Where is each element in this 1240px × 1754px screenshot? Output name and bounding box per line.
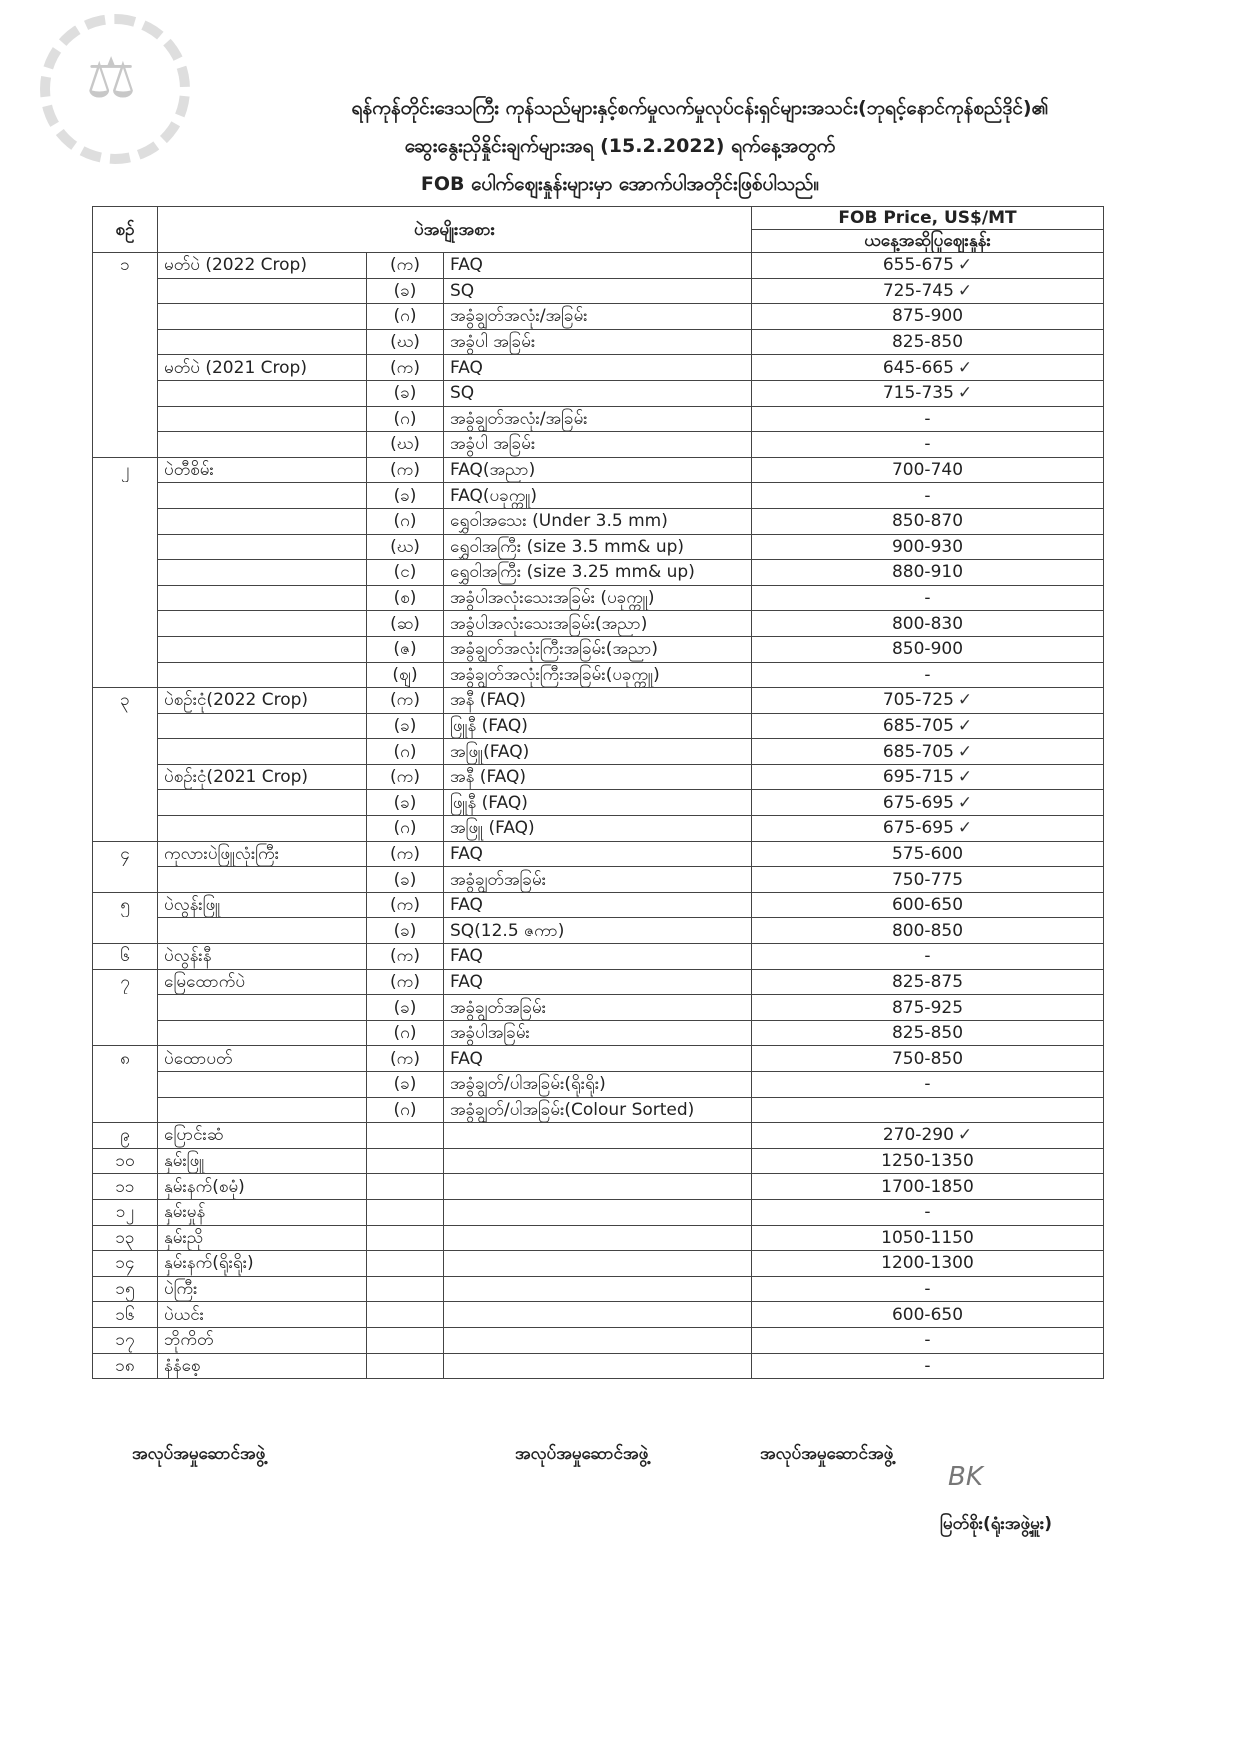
grade-code: (ဆ) (367, 611, 444, 637)
fob-price: - (752, 406, 1104, 432)
table-row: (ခ)SQ725-745✓ (93, 278, 1104, 304)
commodity-name: နှမ်းဖြူ (158, 1148, 367, 1174)
fob-price: - (752, 662, 1104, 688)
price-value: 575-600 (892, 844, 963, 864)
commodity-name: ပဲလွန်းနီ (158, 944, 367, 970)
grade-name: အခွံချွတ်အခြမ်း (444, 867, 752, 893)
price-value: 655-675 (883, 255, 954, 275)
grade-code: (ခ) (367, 995, 444, 1021)
commodity-name: ပဲထောပတ် (158, 1046, 367, 1072)
grade-name (444, 1276, 752, 1302)
grade-code: (ဂ) (367, 406, 444, 432)
fob-price: 600-650 (752, 892, 1104, 918)
row-number (93, 662, 158, 688)
grade-name: FAQ (444, 253, 752, 279)
price-value: 645-665 (883, 358, 954, 378)
row-number: ၁၇ (93, 1327, 158, 1353)
grade-name: ဖြူနီ (FAQ) (444, 790, 752, 816)
commodity-name (158, 611, 367, 637)
price-value: 695-715 (883, 767, 954, 787)
table-row: (င)ရွှေဝါအကြီး (size 3.25 mm& up)880-910 (93, 560, 1104, 586)
price-value: 1050-1150 (881, 1228, 974, 1248)
grade-name: အခွံပါ အခြမ်း (444, 329, 752, 355)
row-number (93, 713, 158, 739)
table-row: (ဂ)အခွံချွတ်အလုံး/အခြမ်း- (93, 406, 1104, 432)
grade-code: (ခ) (367, 1072, 444, 1098)
price-value: 800-850 (892, 921, 963, 941)
fob-price: 600-650 (752, 1302, 1104, 1328)
checkmark-icon: ✓ (958, 793, 972, 813)
price-value: 705-725 (883, 690, 954, 710)
commodity-name (158, 508, 367, 534)
commodity-name (158, 867, 367, 893)
fob-price: 875-925 (752, 995, 1104, 1021)
commodity-name: ပဲလွန်းဖြူ (158, 892, 367, 918)
table-row: ၂ပဲတီစိမ်း(က)FAQ(အညာ)700-740 (93, 457, 1104, 483)
price-value: - (924, 588, 930, 608)
grade-name: အခွံပါအလုံးသေးအခြမ်း(အညာ) (444, 611, 752, 637)
grade-code: (ဇ) (367, 636, 444, 662)
row-number (93, 534, 158, 560)
price-value: 750-775 (892, 870, 963, 890)
table-row: ၁မတ်ပဲ (2022 Crop)(က)FAQ655-675✓ (93, 253, 1104, 279)
grade-code: (ခ) (367, 867, 444, 893)
row-number (93, 1020, 158, 1046)
grade-code: (ဂ) (367, 1020, 444, 1046)
commodity-name: နှမ်းနက်(ရိုးရိုး) (158, 1251, 367, 1277)
grade-name: SQ(12.5 ဇကာ) (444, 918, 752, 944)
grade-name: ဖြူနီ (FAQ) (444, 713, 752, 739)
grade-name (444, 1199, 752, 1225)
fob-price: 705-725✓ (752, 688, 1104, 714)
row-number: ၁၃ (93, 1225, 158, 1251)
grade-name: ရွှေဝါအကြီး (size 3.25 mm& up) (444, 560, 752, 586)
table-row: ၁၇ဘိုကိတ်- (93, 1327, 1104, 1353)
row-number (93, 508, 158, 534)
grade-code: (ခ) (367, 790, 444, 816)
row-number: ၁၄ (93, 1251, 158, 1277)
grade-name: FAQ (444, 355, 752, 381)
commodity-name (158, 1072, 367, 1098)
row-number: ၃ (93, 688, 158, 714)
price-value: 1200-1300 (881, 1253, 974, 1273)
commodity-name: ပဲစဉ်းငုံ(2021 Crop) (158, 764, 367, 790)
fob-price: - (752, 483, 1104, 509)
grade-name: အခွံချွတ်အလုံးကြီးအခြမ်း(အညာ) (444, 636, 752, 662)
fob-price: - (752, 1353, 1104, 1379)
grade-name (444, 1174, 752, 1200)
commodity-name (158, 713, 367, 739)
row-number (93, 918, 158, 944)
fob-price: 1200-1300 (752, 1251, 1104, 1277)
row-number: ၄ (93, 841, 158, 867)
fob-price: 850-900 (752, 636, 1104, 662)
checkmark-icon: ✓ (958, 818, 972, 838)
commodity-name (158, 380, 367, 406)
row-number: ၁၆ (93, 1302, 158, 1328)
price-value: 675-695 (883, 793, 954, 813)
grade-code: (ဂ) (367, 739, 444, 765)
header-line-1: ရန်ကုန်တိုင်းဒေသကြီး ကုန်သည်များနှင့်စက်… (80, 96, 1240, 124)
commodity-name (158, 1020, 367, 1046)
price-value: 600-650 (892, 1305, 963, 1325)
price-value: - (924, 409, 930, 429)
price-value: 825-850 (892, 1023, 963, 1043)
grade-code: (ဃ) (367, 432, 444, 458)
fob-price: 800-830 (752, 611, 1104, 637)
grade-name: အခွံချွတ်အလုံး/အခြမ်း (444, 406, 752, 432)
commodity-name: နံနံစေ့ (158, 1353, 367, 1379)
commodity-name: ပြောင်းဆံ (158, 1123, 367, 1149)
fob-price: 750-850 (752, 1046, 1104, 1072)
table-row: ၄ကုလားပဲဖြူလုံးကြီး(က)FAQ575-600 (93, 841, 1104, 867)
table-row: (ဂ)အခွံပါအခြမ်း825-850 (93, 1020, 1104, 1046)
grade-name: အခွံချွတ်အခြမ်း (444, 995, 752, 1021)
table-row: (ခ)အခွံချွတ်/ပါအခြမ်း(ရိုးရိုး)- (93, 1072, 1104, 1098)
fob-price: 850-870 (752, 508, 1104, 534)
table-row: (ခ)SQ715-735✓ (93, 380, 1104, 406)
table-row: ပဲစဉ်းငုံ(2021 Crop)(က)အနီ (FAQ)695-715✓ (93, 764, 1104, 790)
price-value: 825-850 (892, 332, 963, 352)
commodity-name: နှမ်းမှုန် (158, 1199, 367, 1225)
fob-price: 875-900 (752, 304, 1104, 330)
commodity-name: ပဲယင်း (158, 1302, 367, 1328)
grade-code: (က) (367, 944, 444, 970)
table-row: (ခ)SQ(12.5 ဇကာ)800-850 (93, 918, 1104, 944)
price-value: 1700-1850 (881, 1177, 974, 1197)
grade-name: အဖြူ(FAQ) (444, 739, 752, 765)
fob-price: 655-675✓ (752, 253, 1104, 279)
grade-name: FAQ (444, 1046, 752, 1072)
row-number (93, 636, 158, 662)
grade-name: FAQ(ပခုက္ကူ) (444, 483, 752, 509)
signature-label-3: အလုပ်အမှုဆောင်အဖွဲ့ (760, 1443, 893, 1468)
row-number: ၂ (93, 457, 158, 483)
table-row: (ဈ)အခွံချွတ်အလုံးကြီးအခြမ်း(ပခုက္ကူ)- (93, 662, 1104, 688)
fob-price: 270-290✓ (752, 1123, 1104, 1149)
table-row: ၁၈နံနံစေ့- (93, 1353, 1104, 1379)
commodity-name (158, 790, 367, 816)
table-row: (ဂ)အခွံချွတ်အလုံး/အခြမ်း875-900 (93, 304, 1104, 330)
row-number: ၁၀ (93, 1148, 158, 1174)
grade-code: (ဃ) (367, 534, 444, 560)
price-value: 700-740 (892, 460, 963, 480)
commodity-name (158, 918, 367, 944)
grade-code: (ဂ) (367, 508, 444, 534)
commodity-name (158, 304, 367, 330)
checkmark-icon: ✓ (958, 281, 972, 301)
row-number (93, 380, 158, 406)
commodity-name (158, 534, 367, 560)
price-value: 800-830 (892, 614, 963, 634)
checkmark-icon: ✓ (958, 383, 972, 403)
signature-label-2: အလုပ်အမှုဆောင်အဖွဲ့ (515, 1443, 648, 1468)
header-item: ပဲအမျိုးအစား (158, 207, 752, 253)
table-row: ၁၄နှမ်းနက်(ရိုးရိုး)1200-1300 (93, 1251, 1104, 1277)
grade-code: (ဂ) (367, 304, 444, 330)
row-number: ၆ (93, 944, 158, 970)
row-number: ၁၈ (93, 1353, 158, 1379)
fob-price: 825-875 (752, 969, 1104, 995)
price-value: 1250-1350 (881, 1151, 974, 1171)
commodity-name: ဘိုကိတ် (158, 1327, 367, 1353)
fob-price: 675-695✓ (752, 816, 1104, 842)
grade-code (367, 1251, 444, 1277)
row-number (93, 816, 158, 842)
fob-price: - (752, 944, 1104, 970)
price-value: 750-850 (892, 1049, 963, 1069)
checkmark-icon: ✓ (958, 358, 972, 378)
table-row: ၁၆ပဲယင်း600-650 (93, 1302, 1104, 1328)
grade-code (367, 1302, 444, 1328)
table-row: ၇မြေထောက်ပဲ(က)FAQ825-875 (93, 969, 1104, 995)
grade-name: FAQ(အညာ) (444, 457, 752, 483)
row-number: ၉ (93, 1123, 158, 1149)
fob-price: 880-910 (752, 560, 1104, 586)
commodity-name: နှမ်းညို (158, 1225, 367, 1251)
header-price-bottom: ယနေ့အဆိုပြုဈေးနှုန်း (752, 230, 1104, 253)
checkmark-icon: ✓ (958, 690, 972, 710)
fob-price: 715-735✓ (752, 380, 1104, 406)
commodity-name: ပဲစဉ်းငုံ(2022 Crop) (158, 688, 367, 714)
grade-name (444, 1123, 752, 1149)
grade-name: SQ (444, 380, 752, 406)
grade-name (444, 1353, 752, 1379)
price-value: 850-900 (892, 639, 963, 659)
fob-price: 825-850 (752, 1020, 1104, 1046)
checkmark-icon: ✓ (958, 716, 972, 736)
price-value: - (924, 1202, 930, 1222)
table-row: ၅ပဲလွန်းဖြူ(က)FAQ600-650 (93, 892, 1104, 918)
table-header-row: စဉ် ပဲအမျိုးအစား FOB Price, US$/MT (93, 207, 1104, 230)
table-row: (ဇ)အခွံချွတ်အလုံးကြီးအခြမ်း(အညာ)850-900 (93, 636, 1104, 662)
fob-price: 675-695✓ (752, 790, 1104, 816)
price-value: - (924, 1074, 930, 1094)
table-row: (ဂ)အဖြူ(FAQ)685-705✓ (93, 739, 1104, 765)
grade-code: (ခ) (367, 380, 444, 406)
fob-price: 825-850 (752, 329, 1104, 355)
fob-price: 685-705✓ (752, 739, 1104, 765)
price-value: 875-925 (892, 998, 963, 1018)
table-row: ၃ပဲစဉ်းငုံ(2022 Crop)(က)အနီ (FAQ)705-725… (93, 688, 1104, 714)
header-no: စဉ် (93, 207, 158, 253)
grade-code (367, 1353, 444, 1379)
fob-price: - (752, 1072, 1104, 1098)
commodity-name (158, 816, 367, 842)
grade-name: အခွံချွတ်/ပါအခြမ်း(ရိုးရိုး) (444, 1072, 752, 1098)
row-number (93, 406, 158, 432)
commodity-name (158, 585, 367, 611)
commodity-name (158, 406, 367, 432)
grade-code: (ခ) (367, 713, 444, 739)
grade-name: FAQ (444, 944, 752, 970)
grade-code: (က) (367, 892, 444, 918)
fob-price: 900-930 (752, 534, 1104, 560)
grade-code: (က) (367, 253, 444, 279)
price-value: 875-900 (892, 306, 963, 326)
grade-code: (က) (367, 1046, 444, 1072)
price-value: 600-650 (892, 895, 963, 915)
grade-code: (ခ) (367, 483, 444, 509)
grade-name: အခွံပါ အခြမ်း (444, 432, 752, 458)
grade-name (444, 1148, 752, 1174)
checkmark-icon: ✓ (958, 767, 972, 787)
signature-label-1: အလုပ်အမှုဆောင်အဖွဲ့ (132, 1443, 265, 1468)
grade-name: SQ (444, 278, 752, 304)
grade-code (367, 1148, 444, 1174)
table-row: (ဂ)ရွှေဝါအသေး (Under 3.5 mm)850-870 (93, 508, 1104, 534)
table-body: ၁မတ်ပဲ (2022 Crop)(က)FAQ655-675✓(ခ)SQ725… (93, 253, 1104, 1379)
signer-name: မြတ်စိုး(ရုံးအဖွဲ့မှူး) (940, 1513, 1052, 1538)
commodity-name: ကုလားပဲဖြူလုံးကြီး (158, 841, 367, 867)
table-row: (ဂ)အဖြူ (FAQ)675-695✓ (93, 816, 1104, 842)
table-row: (ခ)ဖြူနီ (FAQ)675-695✓ (93, 790, 1104, 816)
fob-price: 1050-1150 (752, 1225, 1104, 1251)
commodity-name: ပဲကြီး (158, 1276, 367, 1302)
table-row: (စ)အခွံပါအလုံးသေးအခြမ်း (ပခုက္ကူ)- (93, 585, 1104, 611)
price-value: 900-930 (892, 537, 963, 557)
table-row: (ဂ)အခွံချွတ်/ပါအခြမ်း(Colour Sorted) (93, 1097, 1104, 1123)
row-number (93, 432, 158, 458)
price-value: 850-870 (892, 511, 963, 531)
fob-price: 750-775 (752, 867, 1104, 893)
row-number (93, 995, 158, 1021)
commodity-name (158, 636, 367, 662)
grade-name: အခွံပါအလုံးသေးအခြမ်း (ပခုက္ကူ) (444, 585, 752, 611)
grade-name: အခွံချွတ်အလုံး/အခြမ်း (444, 304, 752, 330)
commodity-name (158, 432, 367, 458)
table-row: (ခ)အခွံချွတ်အခြမ်း875-925 (93, 995, 1104, 1021)
table-row: ၁၃နှမ်းညို1050-1150 (93, 1225, 1104, 1251)
grade-code: (စ) (367, 585, 444, 611)
price-value: - (924, 665, 930, 685)
grade-code: (ခ) (367, 918, 444, 944)
table-row: ၉ပြောင်းဆံ270-290✓ (93, 1123, 1104, 1149)
commodity-name (158, 739, 367, 765)
grade-name: အနီ (FAQ) (444, 688, 752, 714)
row-number (93, 278, 158, 304)
commodity-name: နှမ်းနက်(စမုံ) (158, 1174, 367, 1200)
price-value: 685-705 (883, 742, 954, 762)
price-value: - (924, 1330, 930, 1350)
commodity-name (158, 1097, 367, 1123)
table-row: (ခ)ဖြူနီ (FAQ)685-705✓ (93, 713, 1104, 739)
row-number (93, 355, 158, 381)
commodity-name (158, 560, 367, 586)
price-value: - (924, 946, 930, 966)
table-row: (ဃ)ရွှေဝါအကြီး (size 3.5 mm& up)900-930 (93, 534, 1104, 560)
price-value: 685-705 (883, 716, 954, 736)
fob-price: - (752, 432, 1104, 458)
fob-price: - (752, 585, 1104, 611)
table-row: (ခ)FAQ(ပခုက္ကူ)- (93, 483, 1104, 509)
row-number: ၈ (93, 1046, 158, 1072)
grade-name: ရွှေဝါအကြီး (size 3.5 mm& up) (444, 534, 752, 560)
row-number (93, 1097, 158, 1123)
price-value: 270-290 (883, 1125, 954, 1145)
table-row: ၁၂နှမ်းမှုန်- (93, 1199, 1104, 1225)
table-row: ၈ပဲထောပတ်(က)FAQ750-850 (93, 1046, 1104, 1072)
row-number (93, 1072, 158, 1098)
row-number: ၁၁ (93, 1174, 158, 1200)
grade-name: အခွံချွတ်/ပါအခြမ်း(Colour Sorted) (444, 1097, 752, 1123)
grade-code: (ဂ) (367, 1097, 444, 1123)
grade-name: အခွံချွတ်အလုံးကြီးအခြမ်း(ပခုက္ကူ) (444, 662, 752, 688)
header-line-2: ဆွေးနွေးညှိနှိုင်းချက်များအရ (15.2.2022)… (0, 134, 1240, 162)
fob-price: 575-600 (752, 841, 1104, 867)
fob-price: 645-665✓ (752, 355, 1104, 381)
grade-name: ရွှေဝါအသေး (Under 3.5 mm) (444, 508, 752, 534)
row-number (93, 585, 158, 611)
grade-code (367, 1276, 444, 1302)
price-value: - (924, 1279, 930, 1299)
fob-price: - (752, 1327, 1104, 1353)
grade-code (367, 1123, 444, 1149)
price-value: 715-735 (883, 383, 954, 403)
fob-price: 695-715✓ (752, 764, 1104, 790)
row-number (93, 790, 158, 816)
row-number (93, 329, 158, 355)
price-value: 675-695 (883, 818, 954, 838)
grade-code: (က) (367, 841, 444, 867)
fob-price: - (752, 1276, 1104, 1302)
checkmark-icon: ✓ (958, 255, 972, 275)
row-number: ၁၅ (93, 1276, 158, 1302)
checkmark-icon: ✓ (958, 1125, 972, 1145)
fob-price: 800-850 (752, 918, 1104, 944)
grade-code: (က) (367, 969, 444, 995)
grade-code: (က) (367, 355, 444, 381)
table-row: မတ်ပဲ (2021 Crop)(က)FAQ645-665✓ (93, 355, 1104, 381)
commodity-name: ပဲတီစိမ်း (158, 457, 367, 483)
commodity-name (158, 483, 367, 509)
checkmark-icon: ✓ (958, 742, 972, 762)
commodity-name: မတ်ပဲ (2022 Crop) (158, 253, 367, 279)
row-number: ၅ (93, 892, 158, 918)
row-number: ၇ (93, 969, 158, 995)
fob-price-table: စဉ် ပဲအမျိုးအစား FOB Price, US$/MT ယနေ့အ… (92, 206, 1104, 1379)
handwritten-initials: BK (948, 1462, 983, 1492)
grade-name: FAQ (444, 841, 752, 867)
price-value: 725-745 (883, 281, 954, 301)
grade-code (367, 1327, 444, 1353)
fob-price: 1250-1350 (752, 1148, 1104, 1174)
grade-code: (က) (367, 764, 444, 790)
row-number (93, 483, 158, 509)
table-row: ၁၅ပဲကြီး- (93, 1276, 1104, 1302)
grade-code: (ဂ) (367, 816, 444, 842)
grade-name: FAQ (444, 969, 752, 995)
grade-code: (ဃ) (367, 329, 444, 355)
table-row: ၆ပဲလွန်းနီ(က)FAQ- (93, 944, 1104, 970)
grade-name (444, 1327, 752, 1353)
commodity-name (158, 278, 367, 304)
grade-code: (ဈ) (367, 662, 444, 688)
grade-name: FAQ (444, 892, 752, 918)
grade-code (367, 1199, 444, 1225)
row-number (93, 304, 158, 330)
price-value: - (924, 434, 930, 454)
row-number: ၁၂ (93, 1199, 158, 1225)
grade-name (444, 1225, 752, 1251)
row-number (93, 560, 158, 586)
row-number (93, 739, 158, 765)
table-row: ၁၀နှမ်းဖြူ1250-1350 (93, 1148, 1104, 1174)
table-row: (ခ)အခွံချွတ်အခြမ်း750-775 (93, 867, 1104, 893)
grade-code (367, 1225, 444, 1251)
commodity-name: မတ်ပဲ (2021 Crop) (158, 355, 367, 381)
commodity-name (158, 662, 367, 688)
